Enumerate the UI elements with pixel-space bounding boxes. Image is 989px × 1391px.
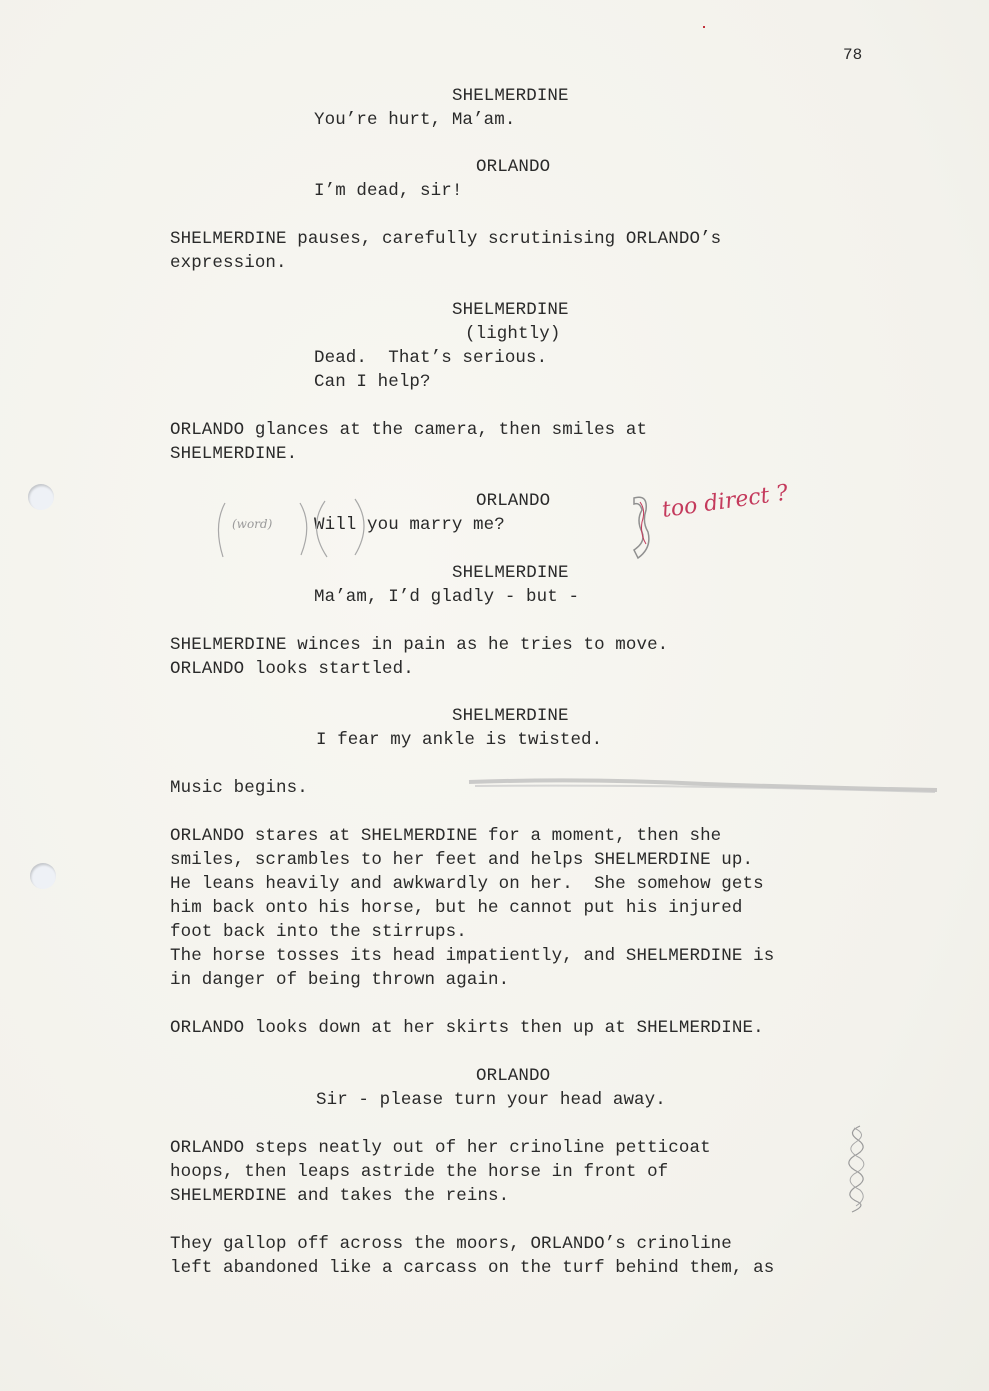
dialogue-line: Dead. That’s serious.: [314, 346, 547, 370]
pencil-line-mark: [465, 774, 945, 796]
character-name: ORLANDO: [476, 155, 550, 179]
dialogue-line: I fear my ankle is twisted.: [316, 728, 602, 752]
parenthetical: (lightly): [465, 322, 560, 346]
action-line: expression.: [170, 251, 287, 275]
dialogue-line: Ma’am, I’d gladly - but -: [314, 585, 579, 609]
action-line: ORLANDO looks startled.: [170, 657, 414, 681]
action-line: him back onto his horse, but he cannot p…: [170, 896, 743, 920]
pencil-note: (word): [232, 517, 272, 531]
punch-hole: [30, 863, 56, 889]
script-page: 78 SHELMERDINE You’re hurt, Ma’am. ORLAN…: [0, 0, 989, 1391]
action-line: hoops, then leaps astride the horse in f…: [170, 1160, 668, 1184]
action-line: ORLANDO steps neatly out of her crinolin…: [170, 1136, 711, 1160]
action-line: He leans heavily and awkwardly on her. S…: [170, 872, 764, 896]
action-line: The horse tosses its head impatiently, a…: [170, 944, 774, 968]
action-line: Music begins.: [170, 776, 308, 800]
action-line: in danger of being thrown again.: [170, 968, 509, 992]
ink-speck: [703, 26, 705, 28]
action-line: ORLANDO stares at SHELMERDINE for a mome…: [170, 824, 721, 848]
character-name: ORLANDO: [476, 1064, 550, 1088]
character-name: ORLANDO: [476, 489, 550, 513]
action-line: They gallop off across the moors, ORLAND…: [170, 1232, 732, 1256]
page-number: 78: [843, 46, 862, 64]
character-name: SHELMERDINE: [452, 704, 569, 728]
dialogue-line: You’re hurt, Ma’am.: [314, 108, 515, 132]
action-line: ORLANDO glances at the camera, then smil…: [170, 418, 647, 442]
character-name: SHELMERDINE: [452, 84, 569, 108]
margin-note-red: too direct ?: [661, 481, 790, 523]
dialogue-line: Sir - please turn your head away.: [316, 1088, 666, 1112]
action-line: SHELMERDINE.: [170, 442, 297, 466]
action-line: ORLANDO looks down at her skirts then up…: [170, 1016, 764, 1040]
action-line: left abandoned like a carcass on the tur…: [170, 1256, 774, 1280]
pencil-brackets: [205, 495, 375, 565]
action-line: SHELMERDINE and takes the reins.: [170, 1184, 509, 1208]
action-line: SHELMERDINE winces in pain as he tries t…: [170, 633, 668, 657]
character-name: SHELMERDINE: [452, 561, 569, 585]
action-line: foot back into the stirrups.: [170, 920, 467, 944]
action-line: SHELMERDINE pauses, carefully scrutinisi…: [170, 227, 721, 251]
pencil-spiral-mark: [840, 1122, 874, 1214]
action-line: smiles, scrambles to her feet and helps …: [170, 848, 753, 872]
character-name: SHELMERDINE: [452, 298, 569, 322]
dialogue-line: I’m dead, sir!: [314, 179, 462, 203]
punch-hole: [28, 484, 54, 510]
dialogue-line: Can I help?: [314, 370, 431, 394]
